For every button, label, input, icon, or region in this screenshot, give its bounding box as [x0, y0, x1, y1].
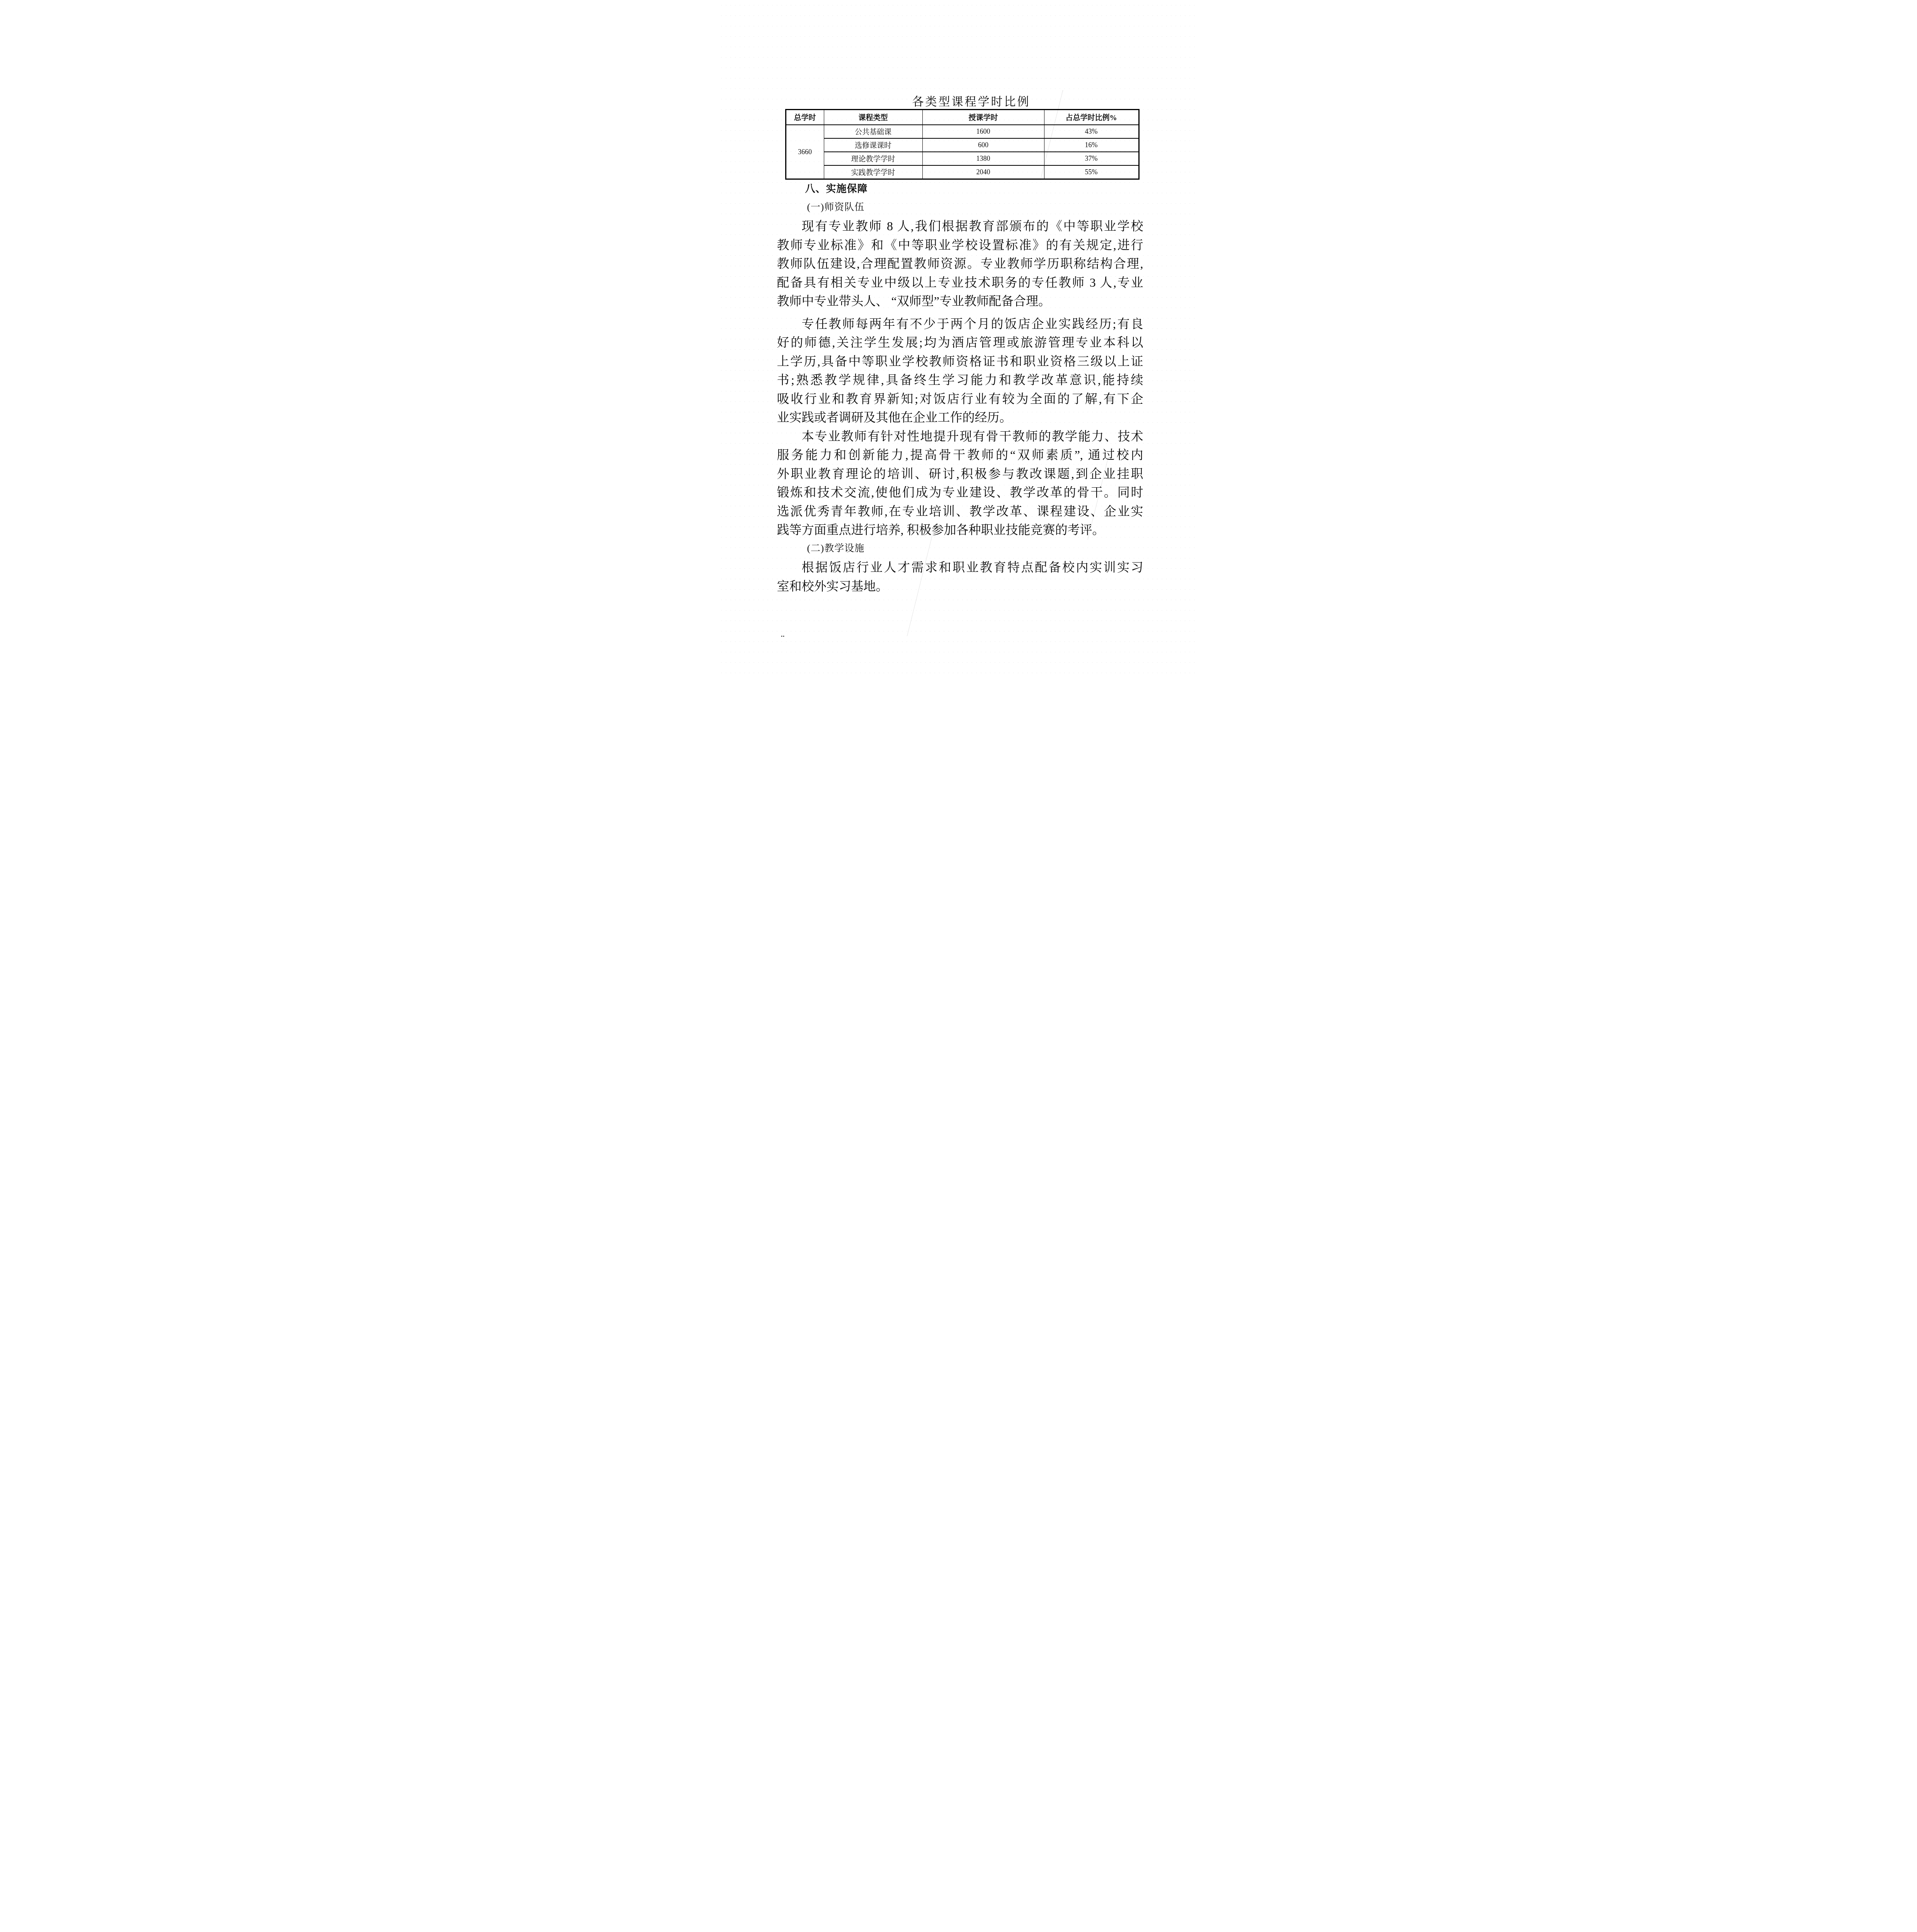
percent-cell: 16% — [1044, 138, 1139, 152]
course-type-cell: 实践教学学时 — [824, 165, 922, 179]
paragraph-line: 室和校外实习基地。 — [777, 577, 1143, 596]
course-type-cell: 理论教学学时 — [824, 152, 922, 165]
table-row: 选修课课时 600 16% — [786, 138, 1139, 152]
col-header-percent: 占总学时比例% — [1044, 110, 1139, 125]
paragraph-line: 配备具有相关专业中级以上专业技术职务的专任教师 3 人,专业 — [777, 273, 1143, 292]
teaching-hours-cell: 1380 — [922, 152, 1044, 165]
paragraph-teacher-development: 本专业教师有针对性地提升现有骨干教师的教学能力、技术 服务能力和创新能力,提高骨… — [777, 427, 1143, 539]
paragraph-line: 本专业教师有针对性地提升现有骨干教师的教学能力、技术 — [777, 427, 1143, 446]
percent-cell: 43% — [1044, 125, 1139, 138]
paragraph-line: 吸收行业和教育界新知;对饭店行业有较为全面的了解,有下企 — [777, 389, 1143, 408]
table-row: 理论教学学时 1380 37% — [786, 152, 1139, 165]
course-type-cell: 公共基础课 — [824, 125, 922, 138]
paragraph-line: 好的师德,关注学生发展;均为酒店管理或旅游管理专业本科以 — [777, 333, 1143, 352]
table-title: 各类型课程学时比例 — [912, 92, 1031, 109]
col-header-total-hours: 总学时 — [786, 110, 824, 125]
paragraph-line: 业实践或者调研及其他在企业工作的经历。 — [777, 408, 1143, 427]
paragraph-line: 锻炼和技术交流,使他们成为专业建设、教学改革的骨干。同时 — [777, 483, 1143, 502]
paragraph-line: 服务能力和创新能力,提高骨干教师的“双师素质”, 通过校内 — [777, 446, 1143, 464]
paragraph-line: 现有专业教师 8 人,我们根据教育部颁布的《中等职业学校 — [777, 217, 1143, 236]
subsection-heading-facilities: (二)教学设施 — [777, 539, 1143, 558]
teaching-hours-cell: 600 — [922, 138, 1044, 152]
subsection-heading-teachers: (一)师资队伍 — [777, 198, 1143, 217]
paragraph-teacher-qualifications: 专任教师每两年有不少于两个月的饭店企业实践经历;有良 好的师德,关注学生发展;均… — [777, 315, 1143, 427]
paragraph-line: 践等方面重点进行培养, 积极参加各种职业技能竞赛的考评。 — [777, 520, 1143, 539]
paragraph-teachers-overview: 现有专业教师 8 人,我们根据教育部颁布的《中等职业学校 教师专业标准》和《中等… — [777, 217, 1143, 311]
paragraph-line: 教师队伍建设,合理配置教师资源。专业教师学历职称结构合理, — [777, 254, 1143, 273]
paragraph-facilities: 根据饭店行业人才需求和职业教育特点配备校内实训实习 室和校外实习基地。 — [777, 558, 1143, 595]
paragraph-line: 选派优秀青年教师,在专业培训、教学改革、课程建设、企业实 — [777, 502, 1143, 521]
table-header-row: 总学时 课程类型 授课学时 占总学时比例% — [786, 110, 1139, 125]
course-type-cell: 选修课课时 — [824, 138, 922, 152]
col-header-teaching-hours: 授课学时 — [922, 110, 1044, 125]
teaching-hours-cell: 2040 — [922, 165, 1044, 179]
document-body: 八、实施保障 (一)师资队伍 现有专业教师 8 人,我们根据教育部颁布的《中等职… — [777, 179, 1143, 595]
section-heading: 八、实施保障 — [777, 179, 1143, 198]
teaching-hours-cell: 1600 — [922, 125, 1044, 138]
paragraph-line: 外职业教育理论的培训、研讨,积极参与教改课题,到企业挂职 — [777, 464, 1143, 483]
paragraph-line: 专任教师每两年有不少于两个月的饭店企业实践经历;有良 — [777, 315, 1143, 333]
paragraph-line: 书;熟悉教学规律,具备终生学习能力和教学改革意识,能持续 — [777, 371, 1143, 389]
document-page: 各类型课程学时比例 总学时 课程类型 授课学时 占总学时比例% 3660 公共基… — [719, 0, 1198, 678]
paragraph-line: 教师中专业带头人、 “双师型”专业教师配备合理。 — [777, 292, 1143, 311]
table-row: 3660 公共基础课 1600 43% — [786, 125, 1139, 138]
percent-cell: 55% — [1044, 165, 1139, 179]
paragraph-line: 根据饭店行业人才需求和职业教育特点配备校内实训实习 — [777, 558, 1143, 577]
percent-cell: 37% — [1044, 152, 1139, 165]
paragraph-line: 上学历,具备中等职业学校教师资格证书和职业资格三级以上证 — [777, 352, 1143, 371]
page-corner-dots: ‥ — [781, 631, 786, 639]
paragraph-line: 教师专业标准》和《中等职业学校设置标准》的有关规定,进行 — [777, 236, 1143, 255]
total-hours-value: 3660 — [786, 125, 824, 179]
table-row: 实践教学学时 2040 55% — [786, 165, 1139, 179]
col-header-course-type: 课程类型 — [824, 110, 922, 125]
course-hours-table: 总学时 课程类型 授课学时 占总学时比例% 3660 公共基础课 1600 43… — [785, 109, 1140, 180]
